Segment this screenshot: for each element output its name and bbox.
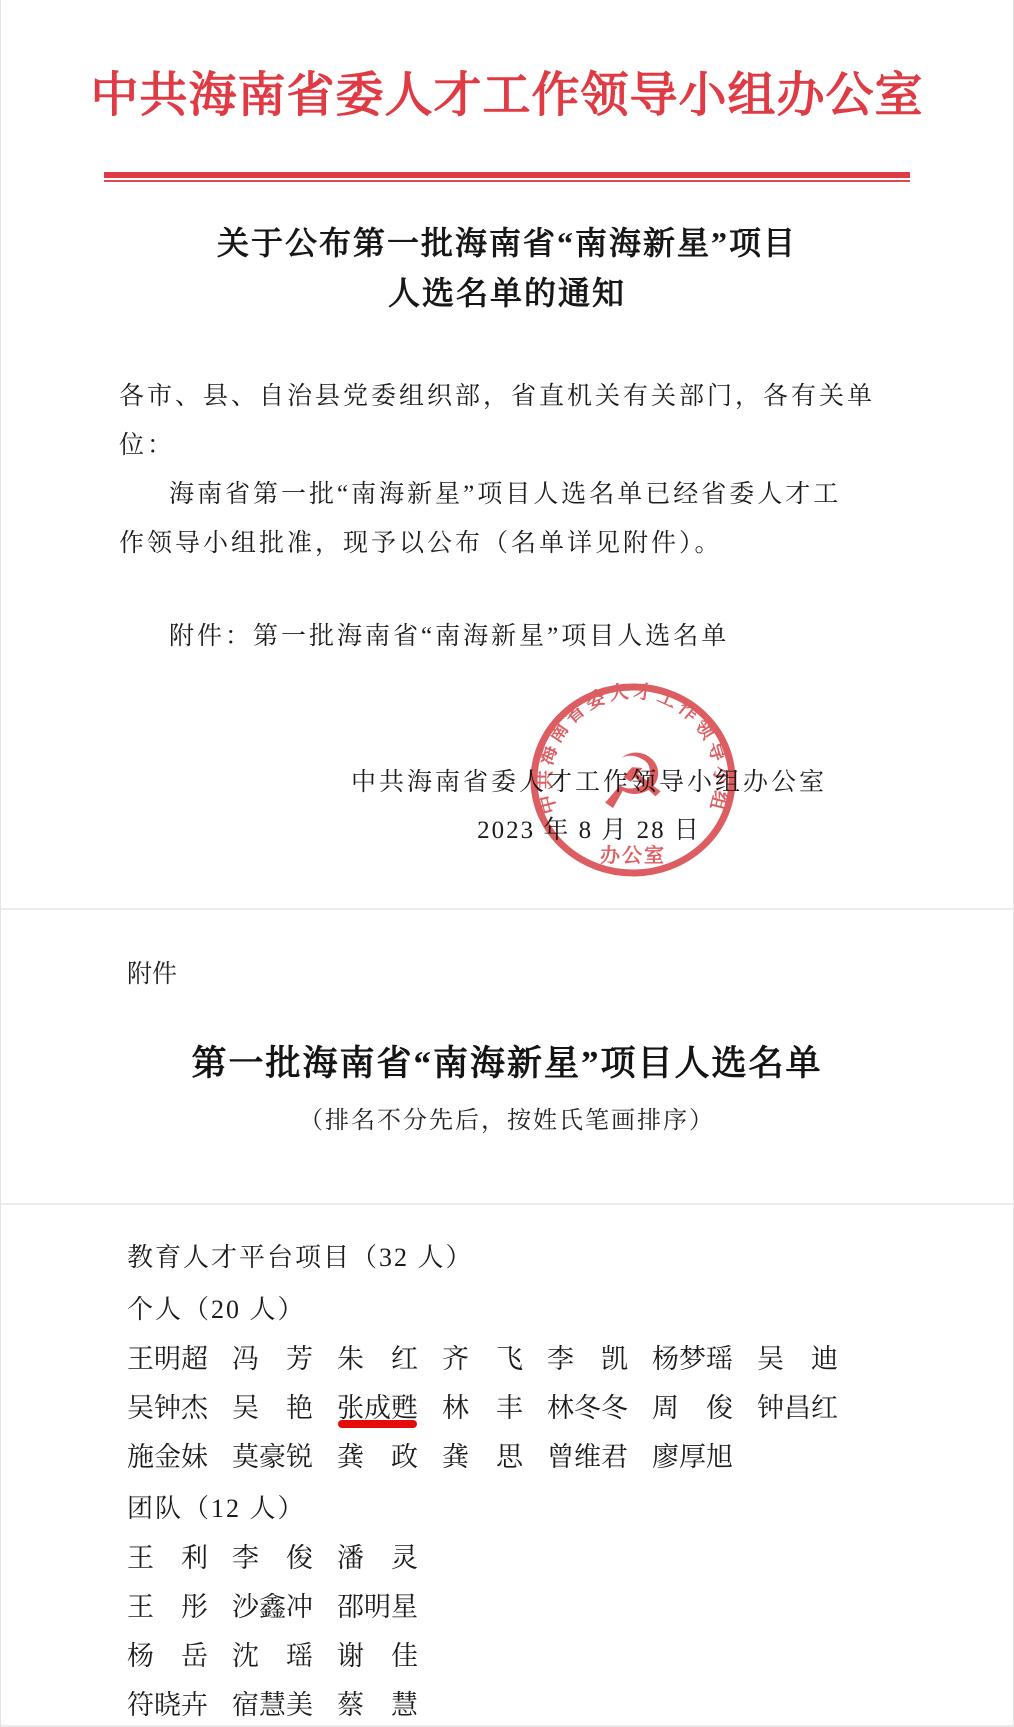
notice-page: 中共海南省委人才工作领导小组办公室 关于公布第一批海南省“南海新星”项目 人选名…: [1, 0, 1013, 908]
document-title-line2: 人选名单的通知: [1, 268, 1013, 318]
person-name: 杨 岳: [127, 1642, 208, 1671]
person-name: 廖厚旭: [652, 1443, 733, 1472]
document-body: 各市、县、自治县党委组织部，省直机关有关部门，各有关单 位： 海南省第一批“南海…: [119, 372, 895, 661]
individual-name-row: 施金妹 莫豪锐 龚 政 龚 思 曾维君 廖厚旭: [127, 1443, 1013, 1472]
person-name: 王 利: [127, 1544, 208, 1573]
person-name: 钟昌红: [757, 1394, 838, 1423]
individual-name-row: 吴钟杰 吴 艳 张成甦 林 丰 林冬冬 周 俊 钟昌红: [127, 1394, 1013, 1423]
list-title: 第一批海南省“南海新星”项目人选名单: [1, 1044, 1013, 1084]
list-subtitle: （排名不分先后，按姓氏笔画排序）: [1, 1106, 1013, 1136]
document-title-line1: 关于公布第一批海南省“南海新星”项目: [1, 218, 1013, 268]
salutation-line1: 各市、县、自治县党委组织部，省直机关有关部门，各有关单: [119, 372, 895, 421]
signature-date: 2023 年 8 月 28 日: [83, 810, 1014, 846]
document-title: 关于公布第一批海南省“南海新星”项目 人选名单的通知: [1, 218, 1013, 318]
person-name: 林 丰: [442, 1394, 523, 1423]
section-heading: 教育人才平台项目（32 人）: [127, 1243, 1013, 1273]
team-name-row: 王 利 李 俊 潘 灵: [127, 1544, 1013, 1573]
person-name: 莫豪锐: [232, 1443, 313, 1472]
person-name: 吴 迪: [757, 1345, 838, 1374]
person-name: 王明超: [127, 1345, 208, 1374]
person-name: 曾维君: [547, 1443, 628, 1472]
person-name: 沙鑫冲: [232, 1593, 313, 1622]
individual-name-row: 王明超 冯 芳 朱 红 齐 飞 李 凯 杨梦瑶 吴 迪: [127, 1345, 1013, 1374]
attachment-reference-line: 附件：第一批海南省“南海新星”项目人选名单: [119, 612, 895, 661]
name-list-page: 教育人才平台项目（32 人） 个人（20 人） 王明超 冯 芳 朱 红 齐 飞 …: [1, 1205, 1013, 1725]
person-name: 杨梦瑶: [652, 1345, 733, 1374]
person-name: 李 凯: [547, 1345, 628, 1374]
salutation-line2: 位：: [119, 421, 895, 470]
person-name: 谢 佳: [337, 1642, 418, 1671]
person-name: 沈 瑶: [232, 1642, 313, 1671]
person-name: 吴钟杰: [127, 1394, 208, 1423]
body-paragraph-line1: 海南省第一批“南海新星”项目人选名单已经省委人才工: [119, 470, 895, 519]
person-name: 冯 芳: [232, 1345, 313, 1374]
person-name: 符晓卉: [127, 1691, 208, 1720]
seal-bottom-text: 办公室: [600, 843, 666, 867]
document-screenshot: 中共海南省委人才工作领导小组办公室 关于公布第一批海南省“南海新星”项目 人选名…: [0, 0, 1014, 1727]
person-name: 齐 飞: [442, 1345, 523, 1374]
team-name-row: 杨 岳 沈 瑶 谢 佳: [127, 1642, 1013, 1671]
person-name: 宿慧美: [232, 1691, 313, 1720]
person-name-highlighted-red-underline: 张成甦: [337, 1394, 418, 1423]
team-heading: 团队（12 人）: [127, 1494, 1013, 1524]
person-name: 蔡 慧: [337, 1691, 418, 1720]
person-name: 林冬冬: [547, 1394, 628, 1423]
signature-org: 中共海南省委人才工作领导小组办公室: [83, 762, 1014, 798]
team-name-row: 符晓卉 宿慧美 蔡 慧: [127, 1691, 1013, 1720]
person-name: 龚 思: [442, 1443, 523, 1472]
body-paragraph-line2: 作领导小组批准，现予以公布（名单详见附件）。: [119, 519, 895, 568]
person-name: 李 俊: [232, 1544, 313, 1573]
person-name: 吴 艳: [232, 1394, 313, 1423]
person-name: 施金妹: [127, 1443, 208, 1472]
person-name: 周 俊: [652, 1394, 733, 1423]
attachment-label: 附件: [127, 960, 1013, 988]
red-letterhead-title: 中共海南省委人才工作领导小组办公室: [1, 0, 1013, 128]
person-name: 朱 红: [337, 1345, 418, 1374]
person-name: 龚 政: [337, 1443, 418, 1472]
red-header-rule: [104, 172, 910, 182]
person-name: 邵明星: [337, 1593, 418, 1622]
person-name: 潘 灵: [337, 1544, 418, 1573]
attachment-title-page: 附件 第一批海南省“南海新星”项目人选名单 （排名不分先后，按姓氏笔画排序）: [1, 910, 1013, 1203]
individual-heading: 个人（20 人）: [127, 1295, 1013, 1325]
team-name-row: 王 彤 沙鑫冲 邵明星: [127, 1593, 1013, 1622]
person-name: 王 彤: [127, 1593, 208, 1622]
